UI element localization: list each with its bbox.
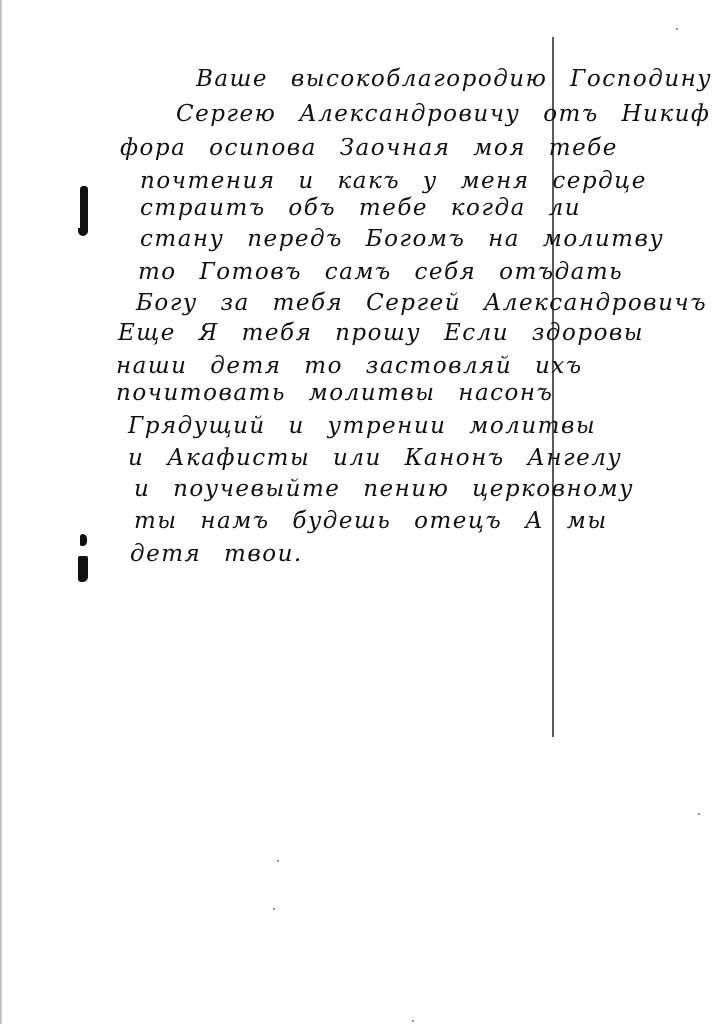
- letter-line: почтения и какъ у меня сердце: [140, 170, 647, 193]
- scan-speck: [412, 1020, 414, 1022]
- scan-speck: [277, 860, 279, 862]
- margin-ink-mark: [80, 186, 88, 234]
- letter-line: стану передъ Богомъ на молитву: [140, 228, 664, 251]
- scan-speck: [273, 908, 275, 910]
- scan-shadow-edge: [0, 0, 3, 1024]
- letter-line: Богу за тебя Сергей Александровичъ: [136, 292, 707, 315]
- margin-ink-mark: [78, 228, 88, 236]
- letter-line: детя твои.: [130, 543, 303, 566]
- scan-speck: [676, 28, 678, 30]
- letter-line: Грядущий и утрении молитвы: [128, 415, 596, 438]
- letter-line: ты намъ будешь отецъ А мы: [134, 510, 608, 533]
- letter-line: Еще Я тебя прошу Если здоровы: [118, 322, 644, 345]
- margin-ink-mark: [78, 556, 88, 582]
- letter-line: Сергею Александровичу отъ Никиф: [176, 103, 710, 126]
- letter-line: и поучевыйте пению церковному: [134, 478, 634, 501]
- letter-line: фора осипова Заочная моя тебе: [120, 137, 618, 160]
- letter-line: почитовать молитвы насонъ: [116, 382, 553, 405]
- letter-line: то Готовъ самъ себя отъдать: [138, 261, 623, 284]
- scanned-letter-page: Ваше высокоблагородию Господину Сергею А…: [0, 0, 724, 1024]
- letter-line: Ваше высокоблагородию Господину: [196, 68, 712, 91]
- letter-line: страитъ объ тебе когда ли: [140, 197, 581, 220]
- letter-line: наши детя то застовляй ихъ: [116, 355, 583, 378]
- scan-speck: [698, 813, 700, 815]
- margin-ink-mark: [80, 534, 87, 546]
- letter-line: и Акафисты или Канонъ Ангелу: [128, 447, 622, 470]
